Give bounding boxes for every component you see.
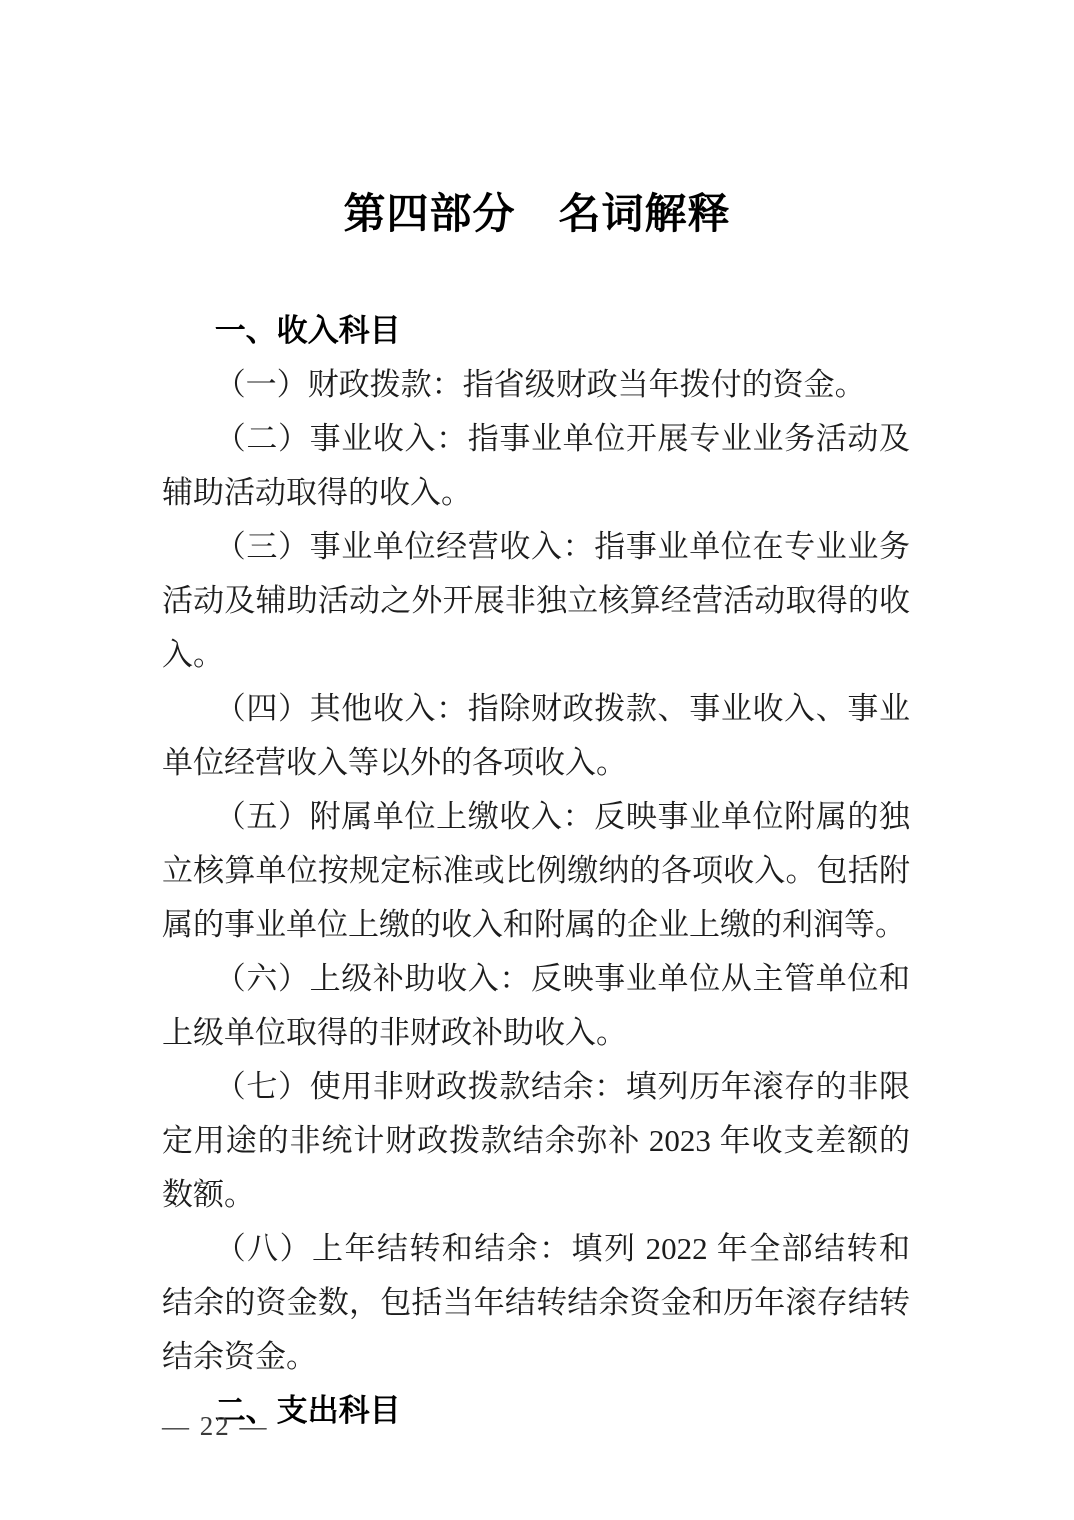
part-title: 第四部分 名词解释 bbox=[0, 0, 1074, 304]
section-heading-income: 一、收入科目 bbox=[162, 304, 910, 358]
page-number: — 22 — bbox=[162, 1410, 269, 1442]
document-page: 第四部分 名词解释 一、收入科目 （一）财政拨款：指省级财政当年拨付的资金。 （… bbox=[0, 0, 1074, 1520]
definition-fiscal-appropriation: （一）财政拨款：指省级财政当年拨付的资金。 bbox=[162, 358, 910, 412]
definition-superior-subsidy-income: （六）上级补助收入：反映事业单位从主管单位和上级单位取得的非财政补助收入。 bbox=[162, 952, 910, 1060]
definition-prior-year-carryover: （八）上年结转和结余：填列 2022 年全部结转和结余的资金数，包括当年结转结余… bbox=[162, 1222, 910, 1384]
definition-operating-income: （二）事业收入：指事业单位开展专业业务活动及辅助活动取得的收入。 bbox=[162, 412, 910, 520]
definition-business-operating-income: （三）事业单位经营收入：指事业单位在专业业务活动及辅助活动之外开展非独立核算经营… bbox=[162, 520, 910, 682]
section-heading-expenditure: 二、支出科目 bbox=[162, 1384, 910, 1438]
document-body: 一、收入科目 （一）财政拨款：指省级财政当年拨付的资金。 （二）事业收入：指事业… bbox=[162, 304, 910, 1438]
definition-affiliated-unit-remitted-income: （五）附属单位上缴收入：反映事业单位附属的独立核算单位按规定标准或比例缴纳的各项… bbox=[162, 790, 910, 952]
definition-non-fiscal-surplus-usage: （七）使用非财政拨款结余：填列历年滚存的非限定用途的非统计财政拨款结余弥补 20… bbox=[162, 1060, 910, 1222]
definition-other-income: （四）其他收入：指除财政拨款、事业收入、事业单位经营收入等以外的各项收入。 bbox=[162, 682, 910, 790]
